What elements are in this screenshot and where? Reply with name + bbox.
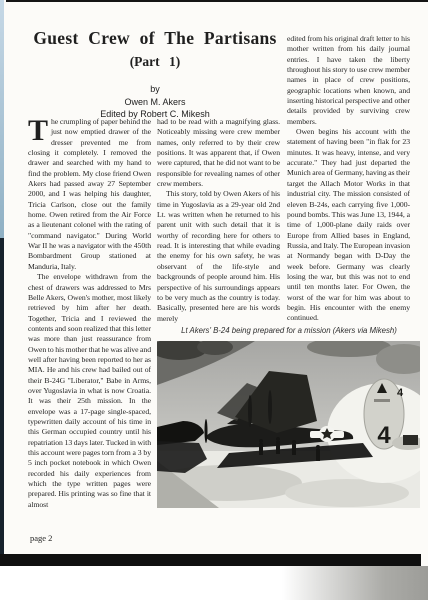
scan-edge-dark [0, 238, 4, 566]
paragraph-3: had to be read with a magnifying glass. … [157, 117, 280, 189]
propeller-icon [248, 395, 252, 427]
paragraph-5: edited from his original draft letter to… [287, 34, 410, 127]
article-header: Guest Crew of The Partisans (Part 1) by … [24, 28, 286, 121]
paragraph-2: The envelope withdrawn from the chest of… [28, 272, 151, 510]
column-middle: had to be read with a magnifying glass. … [157, 117, 280, 329]
b24-photo-illustration: 4 4 [157, 341, 420, 508]
tail-number-top: 4 [397, 387, 404, 399]
column-right: edited from his original draft letter to… [287, 34, 410, 328]
b24-photo: 4 4 [157, 341, 420, 508]
article-subtitle: (Part 1) [24, 54, 286, 70]
ground-mottle [285, 479, 409, 507]
propeller-icon [205, 419, 208, 443]
page-number: page 2 [30, 533, 52, 543]
tail-smudge [374, 399, 390, 402]
tail-number-large: 4 [377, 422, 391, 449]
article-title: Guest Crew of The Partisans [24, 28, 286, 48]
scanned-magazine-page: Guest Crew of The Partisans (Part 1) by … [0, 0, 428, 600]
scan-shadow-gradient [282, 566, 428, 600]
propeller-icon [268, 390, 272, 424]
paragraph-1: The crumpling of paper behind the just n… [28, 117, 151, 272]
scan-bottom-bar [0, 554, 421, 566]
page-top-rule [6, 0, 428, 2]
scan-edge-blue [0, 0, 4, 238]
photo-caption: Lt Akers' B-24 being prepared for a miss… [150, 326, 428, 335]
column-left: The crumpling of paper behind the just n… [28, 117, 151, 531]
byline-by: by [24, 83, 286, 96]
paragraph-4: This story, told by Owen Akers of his ti… [157, 189, 280, 323]
paragraph-6: Owen begins his account with the stateme… [287, 127, 410, 324]
ground-vehicle [403, 435, 418, 445]
byline: by Owen M. Akers Edited by Robert C. Mik… [24, 83, 286, 121]
drop-cap: T [28, 117, 51, 143]
byline-author: Owen M. Akers [24, 96, 286, 109]
